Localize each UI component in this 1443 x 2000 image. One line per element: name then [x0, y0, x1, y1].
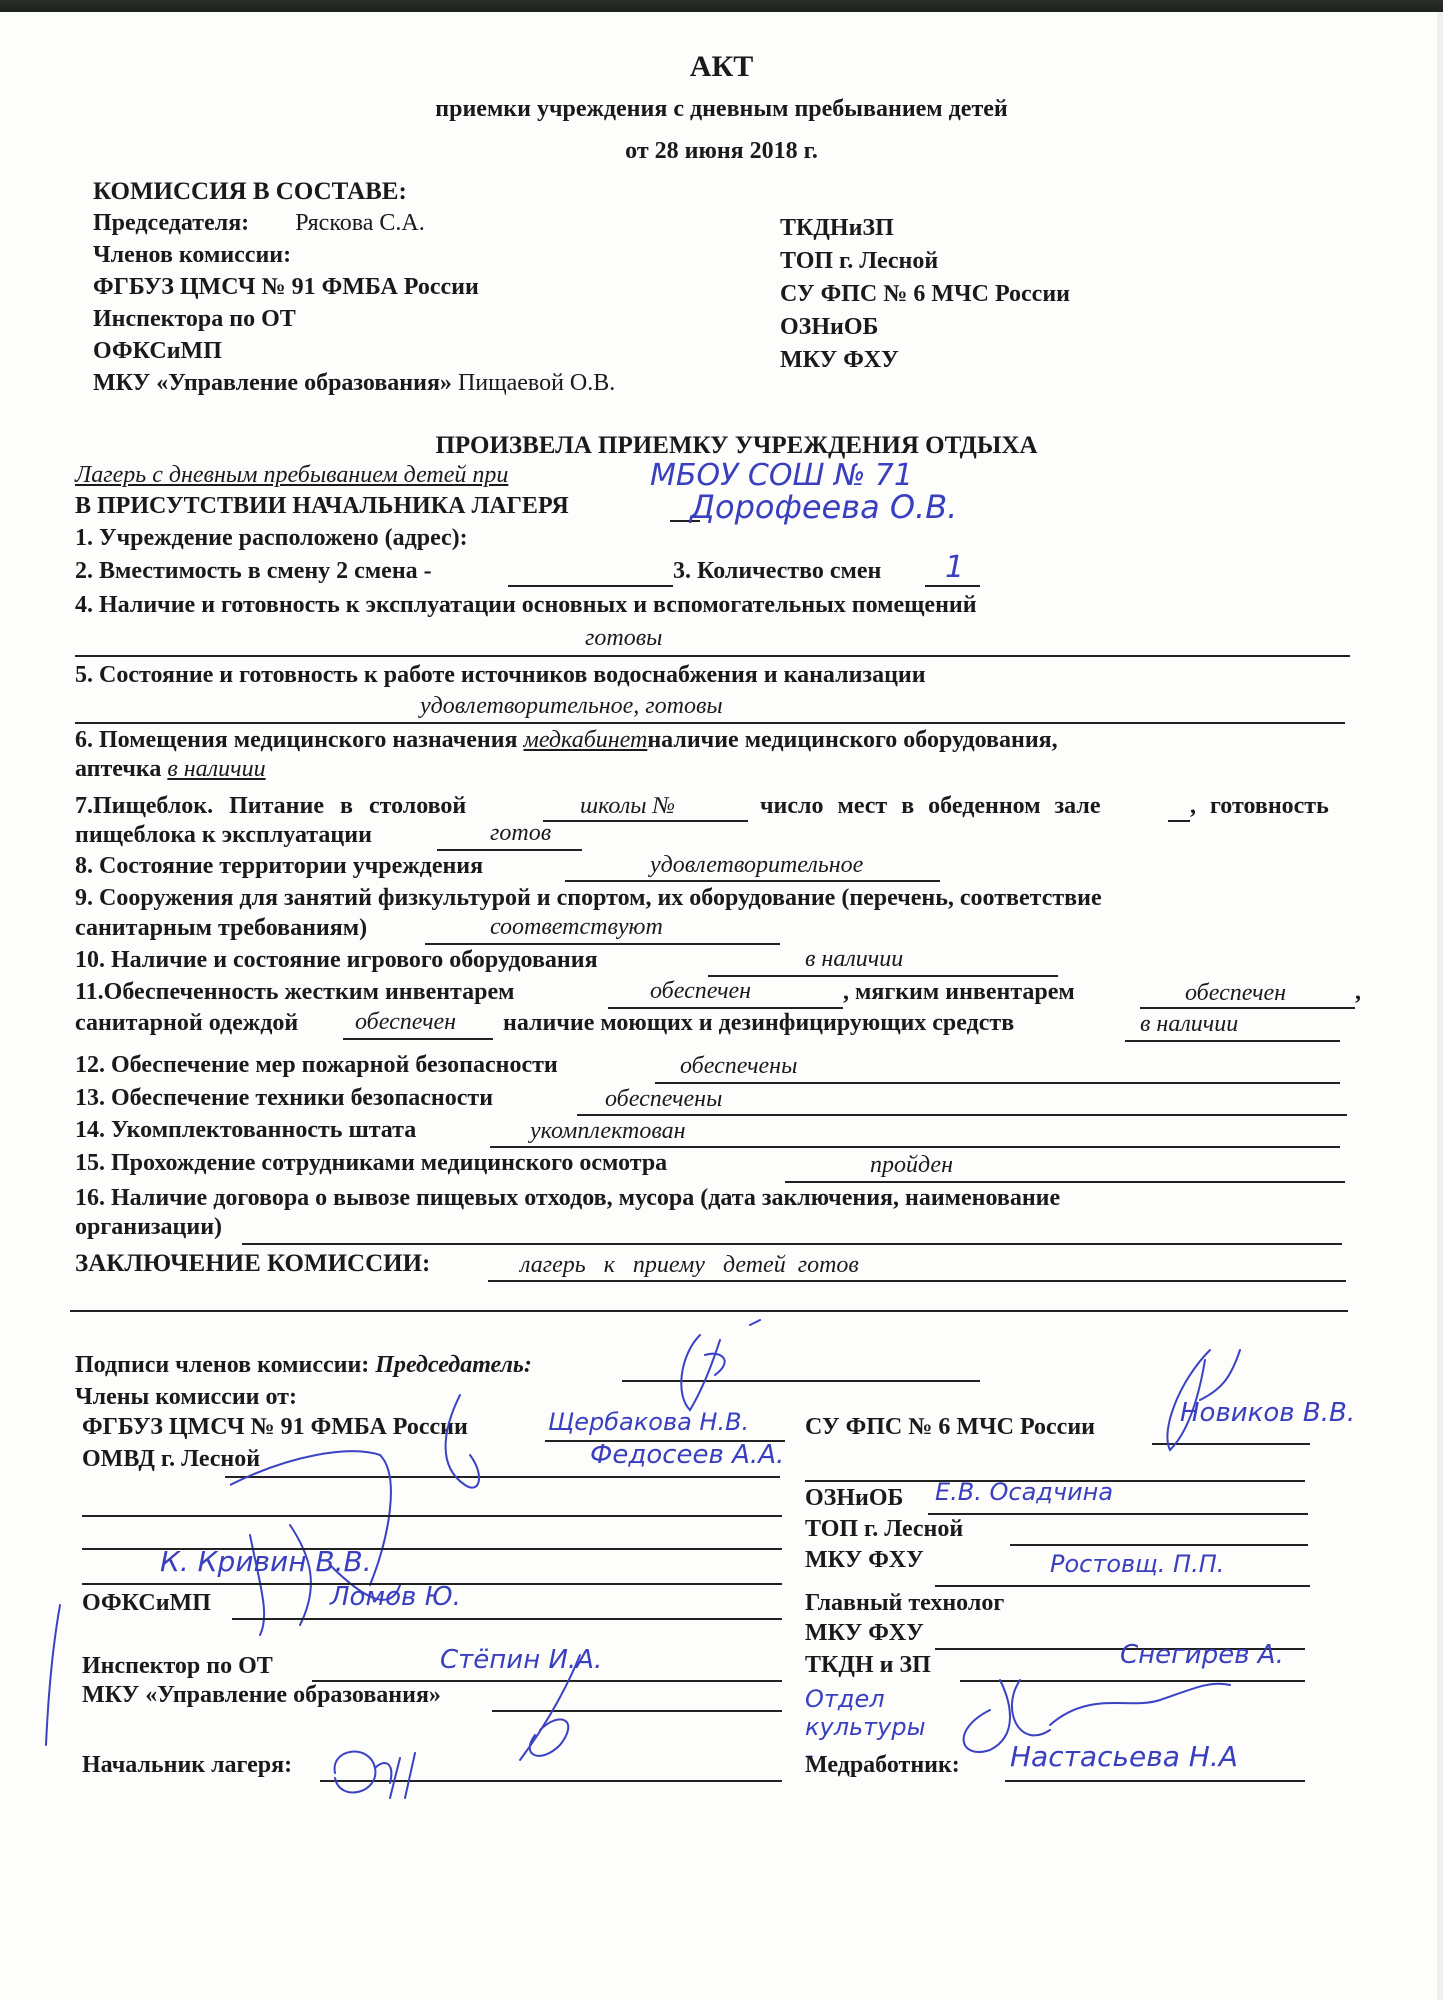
chair-signature-label: Председатель:	[375, 1352, 532, 1378]
sig-ofksimp-handwritten: Ломов Ю.	[330, 1582, 461, 1612]
item-4: 4. Наличие и готовность к эксплуатации о…	[75, 592, 977, 619]
member-edu: МКУ «Управление образования» Пищаевой О.…	[93, 370, 615, 397]
head-label: В ПРИСУТСТВИИ НАЧАЛЬНИКА ЛАГЕРЯ	[75, 493, 569, 520]
item-11-value-1: обеспечен	[650, 978, 751, 1005]
item-16-label-2: организации)	[75, 1214, 222, 1241]
fps-signature	[1140, 1340, 1260, 1460]
chair-name: Ряскова С.А.	[295, 210, 425, 236]
item-7: 7.Пищеблок. Питание в столовой	[75, 793, 466, 820]
margin-stroke	[40, 1600, 70, 1750]
item-13-value: обеспечены	[605, 1086, 722, 1113]
item-4-value: готовы	[585, 625, 662, 652]
member-inspector: Инспектора по ОТ	[93, 306, 296, 333]
sig-oznob-label: ОЗНиОБ	[805, 1485, 903, 1512]
item-10-value: в наличии	[805, 946, 903, 973]
member-oznob: ОЗНиОБ	[780, 314, 878, 341]
document-subtitle: приемки учреждения с дневным пребыванием…	[0, 96, 1443, 123]
sig-medic-label: Медработник:	[805, 1752, 960, 1779]
item-3-value: 1	[945, 550, 964, 585]
item-7-value-1: школы №	[580, 793, 675, 820]
item-7-label-4: пищеблока к эксплуатации	[75, 822, 372, 849]
sig-camp-head-label: Начальник лагеря:	[82, 1752, 292, 1779]
item-8: 8. Состояние территории учреждения	[75, 853, 483, 880]
item-11-comma: ,	[1355, 979, 1361, 1006]
item-10: 10. Наличие и состояние игрового оборудо…	[75, 947, 598, 974]
item-7-label-3: , готовность	[1190, 793, 1329, 820]
item-9: 9. Сооружения для занятий физкультурой и…	[75, 885, 1102, 912]
item-7-value-2: готов	[490, 820, 551, 847]
item-11-label-3: санитарной одеждой	[75, 1010, 298, 1037]
member-fgbuz: ФГБУЗ ЦМСЧ № 91 ФМБА России	[93, 274, 479, 301]
item-9-label-2: санитарным требованиям)	[75, 915, 367, 942]
conclusion-label: ЗАКЛЮЧЕНИЕ КОМИССИИ:	[75, 1250, 430, 1278]
edu-signature	[480, 1650, 600, 1770]
item-11-label-2: , мягким инвентарем	[843, 979, 1075, 1006]
sig-medic-handwritten: Настасьева Н.А	[1010, 1740, 1238, 1773]
item-11-value-4: в наличии	[1140, 1011, 1238, 1038]
sig-tkdn-label: ТКДН и ЗП	[805, 1652, 931, 1679]
item-14-value: укомплектован	[530, 1118, 685, 1145]
item-11: 11.Обеспеченность жестким инвентарем	[75, 979, 515, 1006]
sig-fgbuz-handwritten: Щербакова Н.В.	[548, 1408, 749, 1436]
item-13: 13. Обеспечение техники безопасности	[75, 1085, 493, 1112]
commission-heading: КОМИССИЯ В СОСТАВЕ:	[93, 178, 407, 206]
item-7-label-2: число мест в обеденном зале	[760, 793, 1101, 820]
member-ofksimp: ОФКСиМП	[93, 338, 222, 365]
sig-fps-label: СУ ФПС № 6 МЧС России	[805, 1414, 1095, 1441]
camp-printed: Лагерь с дневным пребыванием детей при	[75, 462, 508, 489]
sig-inspector-label: Инспектор по ОТ	[82, 1653, 273, 1680]
item-6-kit-label: аптечка	[75, 756, 161, 782]
sig-top-label: ТОП г. Лесной	[805, 1516, 963, 1543]
signatures-intro: Подписи членов комиссии: Председатель:	[75, 1352, 532, 1379]
signatures-intro-label: Подписи членов комиссии:	[75, 1352, 369, 1378]
item-15-value: пройден	[870, 1152, 953, 1179]
sig-mku-handwritten: Ростовщ. П.П.	[1050, 1550, 1224, 1578]
item-6: 6. Помещения медицинского назначения мед…	[75, 727, 1058, 754]
item-6-value-1: медкабинет	[524, 727, 648, 753]
member-tkdnizp: ТКДНиЗП	[780, 215, 894, 242]
chair-label: Председателя:	[93, 210, 249, 236]
scan-edge	[0, 0, 1443, 12]
item-6-label-2: наличие медицинского оборудования,	[647, 727, 1057, 753]
item-8-value: удовлетворительное	[650, 852, 863, 879]
sig-tech-label: Главный технолог	[805, 1590, 1004, 1617]
item-15: 15. Прохождение сотрудниками медицинског…	[75, 1150, 667, 1177]
item-3: 3. Количество смен	[673, 558, 881, 585]
commission-chair: Председателя: Ряскова С.А.	[93, 210, 425, 237]
item-16: 16. Наличие договора о вывозе пищевых от…	[75, 1185, 1060, 1212]
camp-head-signature	[320, 1738, 450, 1808]
item-5-value: удовлетворительное, готовы	[420, 693, 723, 720]
acceptance-heading: ПРОИЗВЕЛА ПРИЕМКУ УЧРЕЖДЕНИЯ ОТДЫХА	[0, 432, 1443, 460]
document-date: от 28 июня 2018 г.	[0, 138, 1443, 165]
item-11-value-3: обеспечен	[355, 1009, 456, 1036]
item-6-value-2: в наличии	[167, 756, 265, 782]
item-12: 12. Обеспечение мер пожарной безопасност…	[75, 1052, 558, 1079]
scan-right-edge	[1437, 12, 1443, 2000]
item-12-value: обеспечены	[680, 1053, 797, 1080]
member-fps: СУ ФПС № 6 МЧС России	[780, 281, 1070, 308]
members-label: Членов комиссии:	[93, 242, 291, 269]
member-mku-fhu: МКУ ФХУ	[780, 347, 899, 374]
item-1: 1. Учреждение расположено (адрес):	[75, 525, 468, 552]
document-title: АКТ	[0, 50, 1443, 84]
sig-tech-mku-label: МКУ ФХУ	[805, 1620, 924, 1647]
sig-edu-label: МКУ «Управление образования»	[82, 1682, 441, 1709]
item-5: 5. Состояние и готовность к работе источ…	[75, 662, 926, 689]
sig-blank-handwritten: К. Кривин В.В.	[160, 1545, 372, 1578]
conclusion-value: лагерь к приему детей готов	[520, 1252, 859, 1279]
item-2: 2. Вместимость в смену 2 смена -	[75, 558, 432, 585]
item-7-label: 7.Пищеблок. Питание в столовой	[75, 793, 466, 819]
item-6-kit: аптечка в наличии	[75, 756, 266, 783]
item-11-value-2: обеспечен	[1185, 980, 1286, 1007]
sig-omvd-handwritten: Федосеев А.А.	[590, 1440, 784, 1470]
item-6-label: 6. Помещения медицинского назначения	[75, 727, 518, 753]
edu-name: Пищаевой О.В.	[458, 370, 615, 396]
member-top: ТОП г. Лесной	[780, 248, 938, 275]
item-14: 14. Укомплектованность штата	[75, 1117, 416, 1144]
sig-mku-label: МКУ ФХУ	[805, 1547, 924, 1574]
item-9-value: соответствуют	[490, 914, 663, 941]
sig-ofksimp-label: ОФКСиМП	[82, 1590, 211, 1617]
edu-label: МКУ «Управление образования»	[93, 370, 452, 396]
item-11-label-4: наличие моющих и дезинфицирующих средств	[503, 1010, 1014, 1037]
sig-oznob-handwritten: Е.В. Осадчина	[935, 1478, 1113, 1506]
head-handwritten: Дорофеева О.В.	[690, 488, 957, 526]
